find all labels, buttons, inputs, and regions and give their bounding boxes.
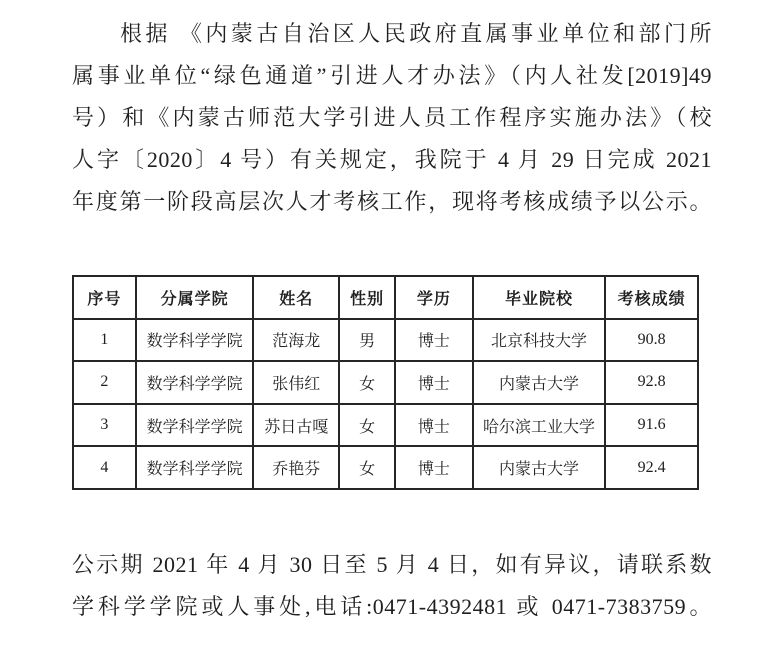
intro-line-2: 属事业单位“绿色通道”引进人才办法》（内人社发[2019]49 (72, 55, 712, 97)
cell-college: 数学科学学院 (136, 446, 254, 489)
cell-name: 乔艳芬 (253, 446, 339, 489)
cell-score: 91.6 (605, 404, 698, 447)
table-header-row: 序号 分属学院 姓名 性别 学历 毕业院校 考核成绩 (73, 276, 698, 319)
cell-college: 数学科学学院 (136, 361, 254, 404)
footer-line-1: 公示期 2021 年 4 月 30 日至 5 月 4 日，如有异议，请联系数 (72, 544, 712, 586)
cell-score: 92.4 (605, 446, 698, 489)
cell-serial: 4 (73, 446, 136, 489)
cell-degree: 博士 (395, 446, 473, 489)
notice-document-page: 根据 《内蒙古自治区人民政府直属事业单位和部门所 属事业单位“绿色通道”引进人才… (0, 0, 768, 649)
cell-name: 苏日古嘎 (253, 404, 339, 447)
cell-gender: 女 (339, 361, 395, 404)
intro-line-3: 号）和《内蒙古师范大学引进人员工作程序实施办法》（校 (72, 97, 712, 139)
cell-university: 内蒙古大学 (473, 446, 606, 489)
cell-college: 数学科学学院 (136, 319, 254, 362)
column-header-college: 分属学院 (136, 276, 254, 319)
cell-university: 内蒙古大学 (473, 361, 606, 404)
cell-serial: 1 (73, 319, 136, 362)
cell-serial: 3 (73, 404, 136, 447)
column-header-university: 毕业院校 (473, 276, 606, 319)
table-row: 3 数学科学学院 苏日古嘎 女 博士 哈尔滨工业大学 91.6 (73, 404, 698, 447)
assessment-results-table: 序号 分属学院 姓名 性别 学历 毕业院校 考核成绩 1 数学科学学院 范海龙 … (72, 275, 699, 490)
cell-gender: 男 (339, 319, 395, 362)
column-header-serial: 序号 (73, 276, 136, 319)
column-header-degree: 学历 (395, 276, 473, 319)
cell-score: 90.8 (605, 319, 698, 362)
notice-intro-paragraph: 根据 《内蒙古自治区人民政府直属事业单位和部门所 属事业单位“绿色通道”引进人才… (72, 13, 712, 223)
cell-gender: 女 (339, 404, 395, 447)
column-header-name: 姓名 (253, 276, 339, 319)
cell-degree: 博士 (395, 361, 473, 404)
cell-name: 张伟红 (253, 361, 339, 404)
cell-gender: 女 (339, 446, 395, 489)
cell-degree: 博士 (395, 404, 473, 447)
intro-line-1: 根据 《内蒙古自治区人民政府直属事业单位和部门所 (72, 13, 712, 55)
intro-line-4: 人字〔2020〕4 号）有关规定，我院于 4 月 29 日完成 2021 (72, 139, 712, 181)
cell-degree: 博士 (395, 319, 473, 362)
cell-score: 92.8 (605, 361, 698, 404)
footer-line-2: 学科学学院或人事处,电话:0471-4392481 或 0471-7383759… (72, 586, 712, 628)
notice-footer-paragraph: 公示期 2021 年 4 月 30 日至 5 月 4 日，如有异议，请联系数 学… (72, 544, 712, 628)
cell-college: 数学科学学院 (136, 404, 254, 447)
column-header-score: 考核成绩 (605, 276, 698, 319)
column-header-gender: 性别 (339, 276, 395, 319)
table-row: 4 数学科学学院 乔艳芬 女 博士 内蒙古大学 92.4 (73, 446, 698, 489)
cell-university: 北京科技大学 (473, 319, 606, 362)
cell-university: 哈尔滨工业大学 (473, 404, 606, 447)
table-row: 1 数学科学学院 范海龙 男 博士 北京科技大学 90.8 (73, 319, 698, 362)
cell-serial: 2 (73, 361, 136, 404)
intro-line-5: 年度第一阶段高层次人才考核工作，现将考核成绩予以公示。 (72, 181, 712, 223)
table-row: 2 数学科学学院 张伟红 女 博士 内蒙古大学 92.8 (73, 361, 698, 404)
cell-name: 范海龙 (253, 319, 339, 362)
